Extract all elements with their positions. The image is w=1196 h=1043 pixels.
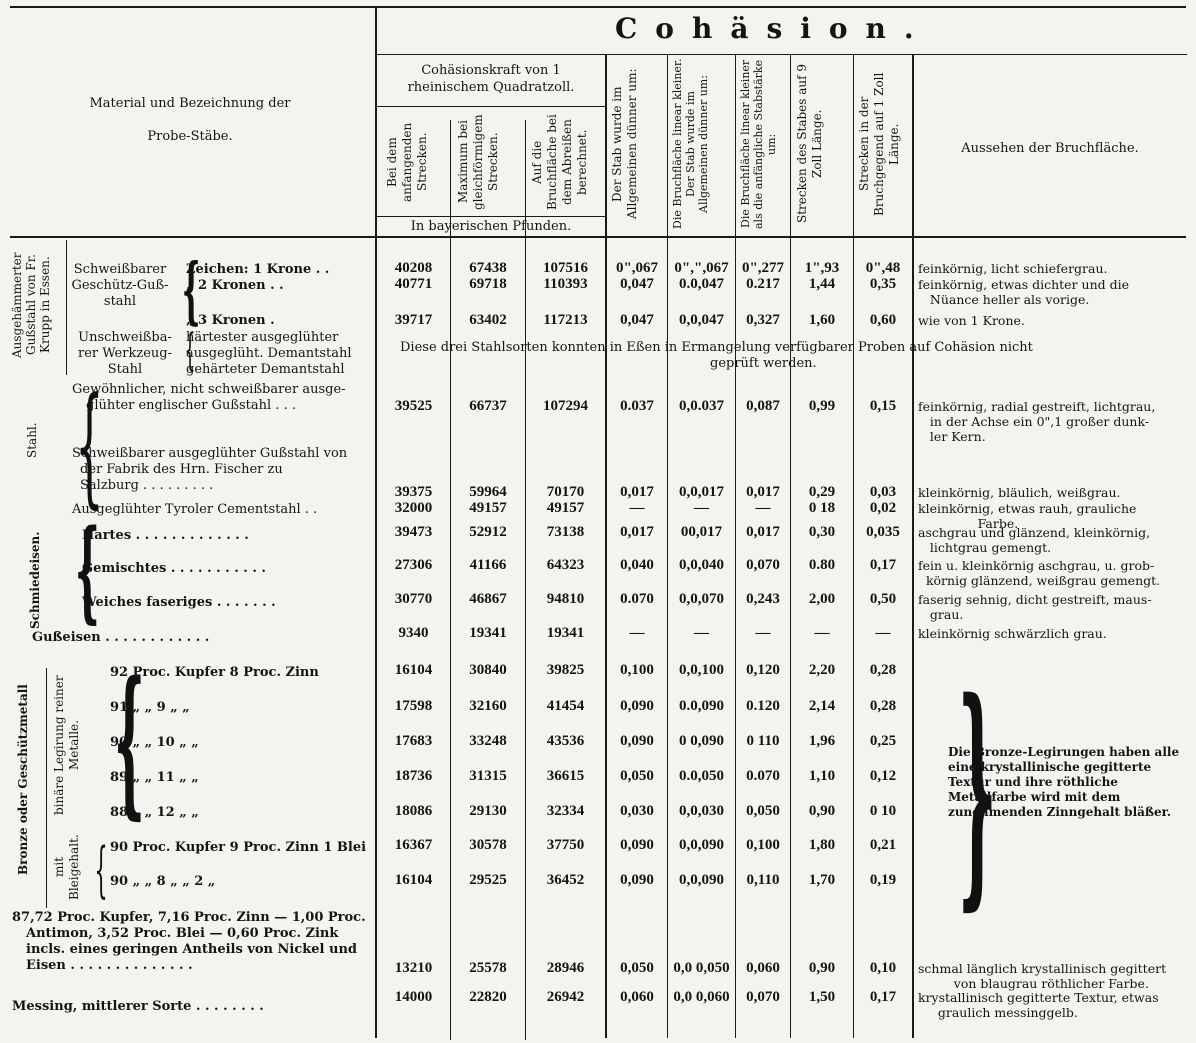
table-cell: 30840	[451, 662, 525, 679]
table-cell: 0,087	[736, 398, 790, 415]
table-cell: 0,0,090	[668, 837, 735, 854]
table-cell: 18736	[377, 768, 450, 785]
table-cell: 0,19	[854, 872, 912, 889]
table-cell: 66737	[451, 398, 525, 415]
table-cell: 0,060	[736, 960, 790, 977]
table-cell: 13210	[377, 960, 450, 977]
table-cell: 1,70	[791, 872, 853, 889]
table-cell: 39825	[526, 662, 605, 679]
table-cell: 0,047	[607, 276, 667, 293]
table-cell: 0,017	[736, 484, 790, 501]
table-cell: 0,035	[854, 524, 912, 541]
label-line: der Fabrik des Hrn. Fischer zu	[72, 462, 347, 478]
table-cell: 59964	[451, 484, 525, 501]
table-cell: 0,090	[607, 872, 667, 889]
label-gusseisen: Gußeisen . . . . . . . . . . . .	[32, 630, 209, 646]
label-weiches: Weiches faseriges . . . . . . .	[82, 595, 276, 611]
table-cell: 2,20	[791, 662, 853, 679]
table-cell: 0.80	[791, 557, 853, 574]
top-rule	[10, 6, 1186, 8]
table-cell: 0,0,017	[668, 484, 735, 501]
table-cell: 0,12	[854, 768, 912, 785]
col-divider	[912, 54, 914, 1038]
table-cell: 1,44	[791, 276, 853, 293]
fracture-description: faserig sehnig, dicht gestreift, maus- g…	[918, 592, 1190, 622]
label-krone1: Zeichen: 1 Krone . .	[186, 262, 329, 278]
label-line: Stahl	[70, 362, 180, 378]
col-divider	[853, 54, 854, 1038]
table-cell: 73138	[526, 524, 605, 541]
label-line: 87,72 Proc. Kupfer, 7,16 Proc. Zinn — 1,…	[12, 910, 366, 926]
label-krone2: „ 2 Kronen . .	[186, 278, 284, 294]
fracture-description: schmal länglich krystallinisch gegittert…	[918, 961, 1190, 991]
brace-blei: {	[94, 835, 107, 905]
table-cell: 0,35	[854, 276, 912, 293]
table-cell: 9340	[377, 625, 450, 642]
table-cell: 0,047	[607, 312, 667, 329]
table-cell: 46867	[451, 591, 525, 608]
table-cell: 0,60	[854, 312, 912, 329]
table-cell: 36615	[526, 768, 605, 785]
table-cell: 70170	[526, 484, 605, 501]
table-cell: 1,80	[791, 837, 853, 854]
table-cell: 16104	[377, 662, 450, 679]
table-cell: 0,17	[854, 989, 912, 1006]
fracture-description: fein u. kleinkörnig aschgrau, u. grob- k…	[918, 558, 1190, 588]
table-cell: 52912	[451, 524, 525, 541]
table-cell: 94810	[526, 591, 605, 608]
table-cell: 0,050	[607, 960, 667, 977]
label-bb2: 90 „ „ 8 „ „ 2 „	[110, 874, 215, 890]
label-b92: 92 Proc. Kupfer 8 Proc. Zinn	[110, 665, 319, 681]
table-cell: —	[736, 625, 790, 642]
col-header-fracture-smaller: Die Bruchfläche linear kleiner als die a…	[739, 58, 789, 230]
table-cell: 0,0 0,060	[668, 989, 735, 1006]
table-cell: 26942	[526, 989, 605, 1006]
table-cell: 117213	[526, 312, 605, 329]
table-cell: 0,070	[736, 557, 790, 574]
table-cell: 0,0,100	[668, 662, 735, 679]
table-cell: 41166	[451, 557, 525, 574]
table-cell: 0,25	[854, 733, 912, 750]
table-cell: 0,090	[607, 698, 667, 715]
table-cell: 49157	[451, 500, 525, 517]
label-unschweissbar: Unschweißba- rer Werkzeug- Stahl	[70, 330, 180, 378]
table-cell: —	[791, 625, 853, 642]
table-cell: 41454	[526, 698, 605, 715]
table-cell: 30770	[377, 591, 450, 608]
label-line: gehärteter Demantstahl	[186, 362, 352, 378]
table-cell: 14000	[377, 989, 450, 1006]
label-line: Geschütz-Guß-	[70, 278, 170, 294]
fracture-description: wie von 1 Krone.	[918, 313, 1190, 328]
label-b88: 88 „ „ 12 „ „	[110, 805, 199, 821]
fracture-description: kleinkörnig, bläulich, weißgrau.	[918, 485, 1190, 500]
table-cell: 0,327	[736, 312, 790, 329]
table-cell: 1,96	[791, 733, 853, 750]
fracture-description: aschgrau und glänzend, kleinkörnig, lich…	[918, 525, 1190, 555]
table-cell: 32334	[526, 803, 605, 820]
table-cell: 36452	[526, 872, 605, 889]
table-cell: —	[736, 500, 790, 517]
label-tyrol: Ausgeglühter Tyroler Cementstahl . .	[72, 502, 317, 518]
table-cell: 40771	[377, 276, 450, 293]
col-divider	[450, 120, 451, 1040]
table-cell: 0.070	[607, 591, 667, 608]
table-cell: 39473	[377, 524, 450, 541]
table-cell: 0.120	[736, 698, 790, 715]
col-header-stretch-9in: Strecken des Stabes auf 9 Zoll Länge.	[795, 58, 850, 230]
table-cell: 0,0.037	[668, 398, 735, 415]
label-line: rer Werkzeug-	[70, 346, 180, 362]
col-divider	[790, 54, 791, 1038]
table-cell: 0,15	[854, 398, 912, 415]
label-bb1: 90 Proc. Kupfer 9 Proc. Zinn 1 Blei	[110, 840, 366, 856]
table-cell: 0,90	[791, 803, 853, 820]
table-cell: —	[668, 500, 735, 517]
table-cell: 0,090	[607, 837, 667, 854]
col-header-thinner: Der Stab wurde im Allgemeinen dünner um:	[610, 58, 664, 230]
table-cell: —	[607, 500, 667, 517]
table-cell: 0 10	[854, 803, 912, 820]
label-line: incls. eines geringen Antheils von Nicke…	[12, 942, 366, 958]
label-b89: 89 „ „ 11 „ „	[110, 770, 199, 786]
group-divider	[66, 240, 67, 375]
table-cell: 0,17	[854, 557, 912, 574]
table-cell: 0 18	[791, 500, 853, 517]
fracture-description: feinkörnig, licht schiefergrau.	[918, 261, 1190, 276]
label-line: Antimon, 3,52 Proc. Blei — 0,60 Proc. Zi…	[12, 926, 366, 942]
label-fischer: Schweißbarer ausgeglühter Gußstahl von d…	[72, 446, 347, 494]
table-cell: 0,017	[736, 524, 790, 541]
material-header-line2: Probe-Stäbe.	[20, 128, 360, 145]
table-cell: 39525	[377, 398, 450, 415]
label-line: stahl	[70, 294, 170, 310]
header-bottom-rule	[10, 236, 1186, 238]
table-cell: 0,090	[607, 733, 667, 750]
bronze-note: Die Bronze-Legirungen haben alle eine kr…	[948, 745, 1186, 820]
label-messing: Messing, mittlerer Sorte . . . . . . . .	[12, 999, 264, 1015]
table-cell: —	[854, 625, 912, 642]
group-divider	[46, 668, 47, 908]
col-divider	[525, 120, 526, 1040]
table-cell: 40208	[377, 260, 450, 277]
table-cell: 0,070	[736, 989, 790, 1006]
table-cell: 1,60	[791, 312, 853, 329]
group-binaer: binäre Legirung reiner Metalle.	[52, 665, 88, 825]
table-cell: 107294	[526, 398, 605, 415]
table-cell: 28946	[526, 960, 605, 977]
table-cell: 39717	[377, 312, 450, 329]
col-header-fracture-area: Auf die Bruchfläche bei dem Abreißen ber…	[530, 112, 600, 212]
fracture-description: feinkörnig, etwas dichter und die Nüance…	[918, 277, 1190, 307]
col-divider	[605, 54, 607, 1038]
col-header-max-stretch: Maximum bei gleichförmigem Strecken.	[456, 112, 520, 212]
label-krone3: „ 3 Kronen .	[186, 313, 275, 329]
table-cell: 39375	[377, 484, 450, 501]
col-header-initial-stretch: Bei dem anfangenden Strecken.	[385, 112, 443, 212]
label-engl: Gewöhnlicher, nicht schweißbarer ausge- …	[72, 382, 346, 414]
table-cell: 0,0 0,050	[668, 960, 735, 977]
label-hartes: Hartes . . . . . . . . . . . . .	[82, 528, 249, 544]
table-cell: 25578	[451, 960, 525, 977]
table-cell: 1,50	[791, 989, 853, 1006]
table-cell: 29525	[451, 872, 525, 889]
table-cell: 110393	[526, 276, 605, 293]
table-cell: 0,30	[791, 524, 853, 541]
table-cell: 29130	[451, 803, 525, 820]
table-cell: 0,017	[607, 524, 667, 541]
table-cell: 16104	[377, 872, 450, 889]
table-cell: 0.0,050	[668, 768, 735, 785]
table-cell: 16367	[377, 837, 450, 854]
cohesion-force-header: Cohäsionskraft von 1 rheinischem Quadrat…	[380, 62, 602, 96]
table-cell: 107516	[526, 260, 605, 277]
table-cell: 0.070	[736, 768, 790, 785]
table-cell: 18086	[377, 803, 450, 820]
table-cell: 0,030	[607, 803, 667, 820]
table-cell: 19341	[526, 625, 605, 642]
unit-rule	[377, 216, 605, 217]
table-cell: 69718	[451, 276, 525, 293]
table-cell: 19341	[451, 625, 525, 642]
group-bronze: Bronze oder Geschützmetall	[16, 660, 36, 900]
title-rule	[377, 54, 1187, 55]
label-b91: 91 „ „ 9 „ „	[110, 700, 190, 716]
material-header-line1: Material und Bezeichnung der	[20, 95, 360, 112]
table-cell: 0.217	[736, 276, 790, 293]
fracture-description: feinkörnig, radial gestreift, lichtgrau,…	[918, 399, 1190, 444]
label-line: Unschweißba-	[70, 330, 180, 346]
table-cell: 37750	[526, 837, 605, 854]
table-cell: 0,0,040	[668, 557, 735, 574]
table-cell: 0,100	[736, 837, 790, 854]
table-cell: 0,28	[854, 662, 912, 679]
table-cell: 0,040	[607, 557, 667, 574]
table-cell: 0 0,090	[668, 733, 735, 750]
table-cell: 0,28	[854, 698, 912, 715]
table-cell: 17683	[377, 733, 450, 750]
table-cell: 0,21	[854, 837, 912, 854]
table-cell: 0,90	[791, 960, 853, 977]
table-cell: 32160	[451, 698, 525, 715]
label-line: glühter englischer Gußstahl . . .	[72, 398, 346, 414]
table-cell: 0,0,090	[668, 872, 735, 889]
table-cell: 0",277	[736, 260, 790, 277]
table-cell: 0 110	[736, 733, 790, 750]
table-cell: 0,243	[736, 591, 790, 608]
table-cell: 0,110	[736, 872, 790, 889]
table-cell: 0",48	[854, 260, 912, 277]
label-line: Schweißbarer ausgeglühter Gußstahl von	[72, 446, 347, 462]
label-demant: härtester ausgeglühter ausgeglüht. Deman…	[186, 330, 352, 378]
col-header-appearance: Aussehen der Bruchfläche.	[915, 140, 1185, 157]
table-cell: 0.0,047	[668, 276, 735, 293]
table-cell: 0,050	[607, 768, 667, 785]
not-tested-note-2: geprüft werden.	[710, 356, 817, 372]
table-cell: 0,017	[607, 484, 667, 501]
table-cell: 0",067	[607, 260, 667, 277]
group-blei: mit Bleigehalt.	[52, 832, 88, 902]
label-line: Eisen . . . . . . . . . . . . . .	[12, 958, 366, 974]
label-b90: 90 „ „ 10 „ „	[110, 735, 199, 751]
label-schweissbar: Schweißbarer Geschütz-Guß- stahl	[70, 262, 170, 310]
col-header-stretch-1in: Strecken in der Bruchgegend auf 1 Zoll L…	[857, 58, 909, 230]
table-cell: 0,120	[736, 662, 790, 679]
label-gemischtes: Gemischtes . . . . . . . . . . .	[82, 561, 266, 577]
table-cell: 30578	[451, 837, 525, 854]
col-divider	[735, 54, 736, 1038]
table-cell: 0.037	[607, 398, 667, 415]
table-cell: 1,10	[791, 768, 853, 785]
fracture-description: kleinkörnig schwärzlich grau.	[918, 626, 1190, 641]
table-cell: 49157	[526, 500, 605, 517]
col-divider	[667, 54, 668, 1038]
fracture-description: krystallinisch gegitterte Textur, etwas …	[918, 990, 1190, 1020]
table-cell: 0",",067	[668, 260, 735, 277]
table-cell: 0,0,047	[668, 312, 735, 329]
subheader-rule	[377, 106, 605, 107]
table-cell: —	[668, 625, 735, 642]
table-cell: 2,00	[791, 591, 853, 608]
table-cell: 64323	[526, 557, 605, 574]
not-tested-note: Diese drei Stahlsorten konnten in Eßen i…	[400, 340, 1033, 356]
table-cell: 63402	[451, 312, 525, 329]
table-cell: 33248	[451, 733, 525, 750]
col-header-fracture-thinner: Die Bruchfläche linear kleiner. Der Stab…	[671, 58, 733, 230]
group-schmiedeisen: Schmiedeisen.	[28, 525, 46, 635]
table-cell: 1",93	[791, 260, 853, 277]
table-cell: 0,02	[854, 500, 912, 517]
table-cell: 0,10	[854, 960, 912, 977]
table-cell: 22820	[451, 989, 525, 1006]
group-krupp: Ausgehämmerter Gußstahl von Fr. Krupp in…	[10, 240, 66, 370]
table-cell: 0,50	[854, 591, 912, 608]
label-gunmetal: 87,72 Proc. Kupfer, 7,16 Proc. Zinn — 1,…	[12, 910, 366, 974]
table-cell: —	[607, 625, 667, 642]
table-cell: 0,100	[607, 662, 667, 679]
material-header: Material und Bezeichnung der Probe-Stäbe…	[20, 95, 360, 145]
table-cell: 2,14	[791, 698, 853, 715]
label-line: ausgeglüht. Demantstahl	[186, 346, 352, 362]
table-cell: 0,060	[607, 989, 667, 1006]
table-cell: 32000	[377, 500, 450, 517]
table-cell: 27306	[377, 557, 450, 574]
table-cell: 67438	[451, 260, 525, 277]
table-cell: 43536	[526, 733, 605, 750]
label-line: Salzburg . . . . . . . . .	[72, 478, 347, 494]
table-cell: 0,03	[854, 484, 912, 501]
table-cell: 0.0,090	[668, 698, 735, 715]
table-cell: 0,0,030	[668, 803, 735, 820]
page-title: Cohäsion.	[615, 12, 932, 45]
table-cell: 0,99	[791, 398, 853, 415]
table-cell: 0,29	[791, 484, 853, 501]
label-line: härtester ausgeglühter	[186, 330, 352, 346]
table-cell: 00,017	[668, 524, 735, 541]
unit-label: In bayerischen Pfunden.	[378, 218, 604, 235]
label-line: Schweißbarer	[70, 262, 170, 278]
table-cell: 0,050	[736, 803, 790, 820]
table-cell: 0,0,070	[668, 591, 735, 608]
table-cell: 31315	[451, 768, 525, 785]
group-stahl: Stahl.	[25, 395, 45, 485]
table-cell: 17598	[377, 698, 450, 715]
label-line: Gewöhnlicher, nicht schweißbarer ausge-	[72, 382, 346, 398]
